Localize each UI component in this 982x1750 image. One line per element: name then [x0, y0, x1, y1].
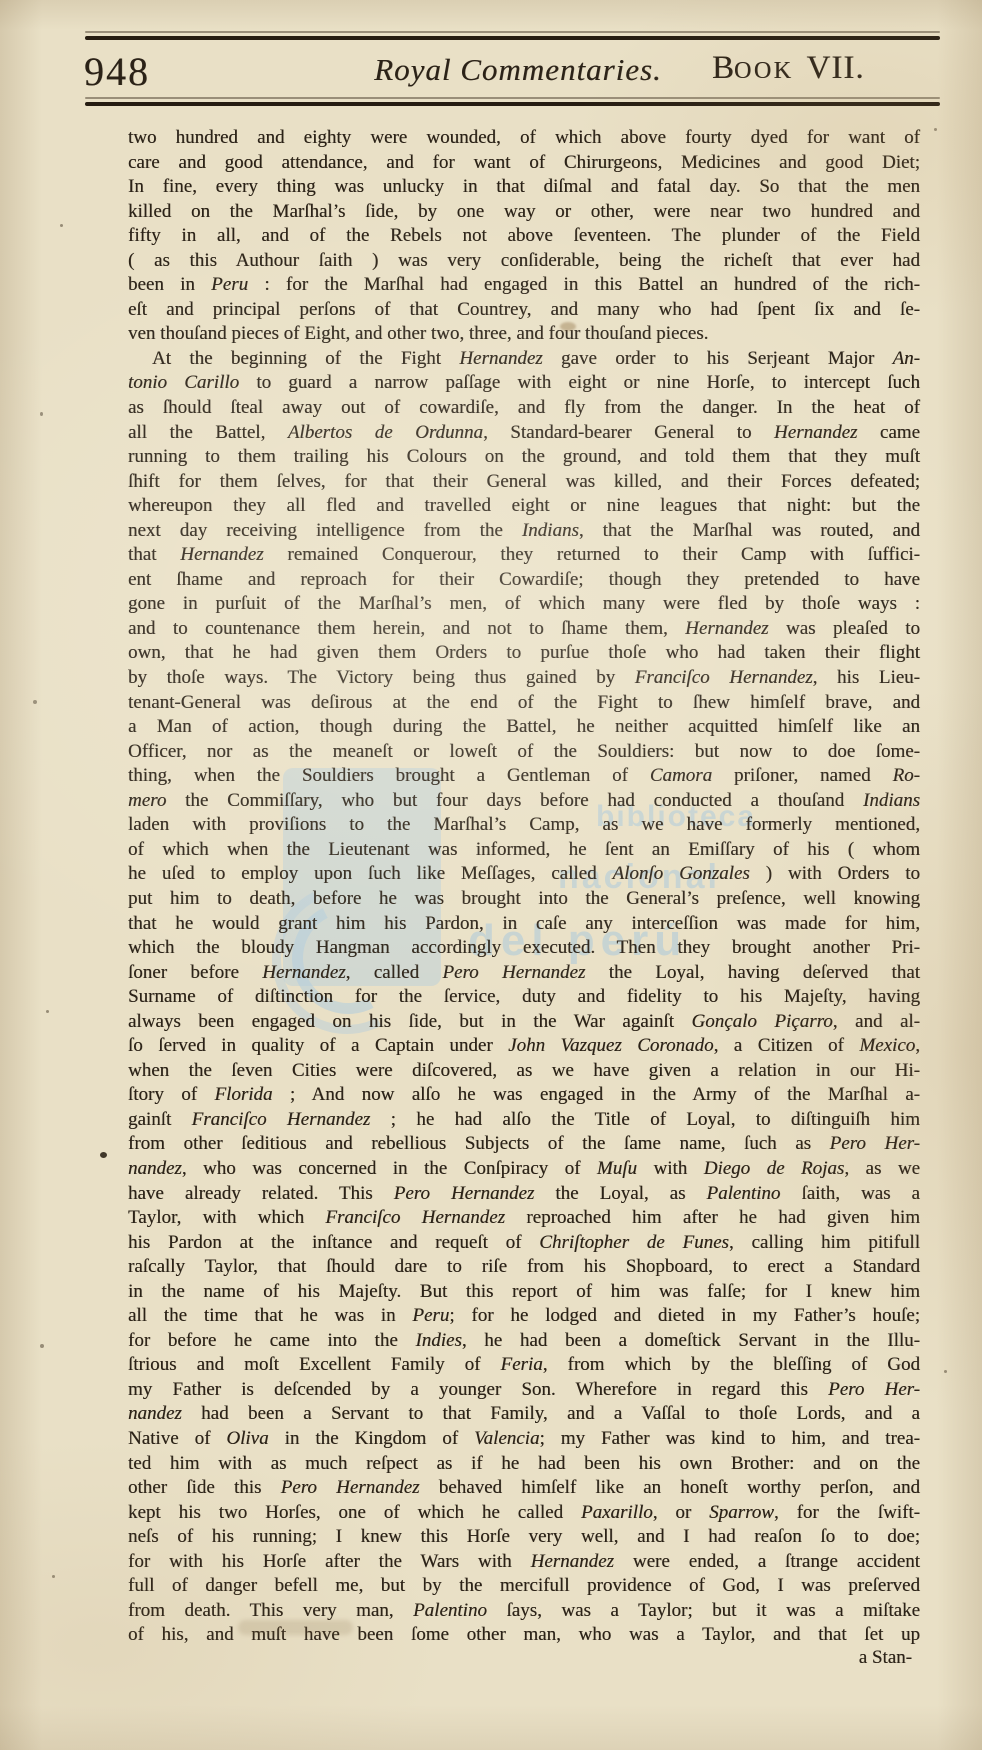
- proper-name-italic: John Vazquez Coronado: [508, 1035, 713, 1056]
- body-text-segment: full of danger befell me, but by the mer…: [128, 1575, 920, 1596]
- body-text-segment: , and al-: [833, 1011, 920, 1032]
- text-line: Surname of diſtinction for the ſervice, …: [128, 985, 920, 1010]
- text-line: nandez had been a Servant to that Family…: [128, 1402, 920, 1427]
- body-text-segment: care and good attendance, and for want o…: [128, 152, 920, 173]
- body-text-segment: ted him with as much reſpect as if he ha…: [128, 1453, 920, 1474]
- rule-thin-line: [85, 97, 940, 99]
- body-text-segment: , called: [346, 962, 443, 983]
- paper-speck: [40, 412, 43, 416]
- body-text-segment: ſtrious and moſt Excellent Family of: [128, 1354, 501, 1375]
- body-text-segment: laden with proviſions to the Marſhal’s C…: [128, 814, 920, 835]
- text-line: gone in purſuit of the Marſhal’s men, of…: [128, 592, 920, 617]
- text-line: nandez, who was concerned in the Conſpir…: [128, 1157, 920, 1182]
- text-line: my Father is deſcended by a younger Son.…: [128, 1378, 920, 1403]
- body-text-segment: , he had been a domeſtick Servant in the…: [462, 1330, 920, 1351]
- proper-name-italic: nandez: [128, 1158, 182, 1179]
- paper-speck: [60, 224, 63, 227]
- text-line: that Hernandez remained Conquerour, they…: [128, 543, 920, 568]
- rule-thin-line: [85, 31, 940, 33]
- text-line: tonio Carillo to guard a narrow paſſage …: [128, 371, 920, 396]
- body-text-segment: ) with Orders to: [750, 863, 920, 884]
- body-text-segment: In fine, every thing was unlucky in that…: [128, 176, 920, 197]
- text-line: ſtory of Florida ; And now alſo he was e…: [128, 1083, 920, 1108]
- proper-name-italic: Hernandez: [774, 422, 857, 443]
- text-line: Native of Oliva in the Kingdom of Valenc…: [128, 1427, 920, 1452]
- proper-name-italic: Hernandez: [180, 544, 263, 565]
- proper-name-italic: Franciſco Hernandez: [192, 1109, 371, 1130]
- body-text-segment: raſcally Taylor, that ſhould dare to riſ…: [128, 1256, 920, 1277]
- proper-name-italic: Franciſco Hernandez: [325, 1207, 505, 1228]
- text-line: ſoner before Hernandez, called Pero Hern…: [128, 961, 920, 986]
- body-text-segment: , his Lieu-: [813, 667, 920, 688]
- text-line: laden with proviſions to the Marſhal’s C…: [128, 813, 920, 838]
- catchword: a Stan-: [128, 1647, 912, 1669]
- body-text-segment: ſhift for them ſelves, for that their Ge…: [128, 471, 920, 492]
- body-text-segment: have already related. This: [128, 1183, 394, 1204]
- body-text-segment: At the beginning of the Fight: [152, 348, 459, 369]
- proper-name-italic: Pero Her-: [828, 1379, 920, 1400]
- body-text-segment: for with his Horſe after the Wars with: [128, 1551, 531, 1572]
- paper-stain: [560, 322, 576, 331]
- proper-name-italic: tonio Carillo: [128, 372, 239, 393]
- rule-thick-line: [85, 36, 940, 40]
- body-text-segment: he uſed to employ upon ſuch like Meſſage…: [128, 863, 613, 884]
- body-text-segment: , a Citizen of: [714, 1035, 860, 1056]
- body-text-segment: the Commiſſary, who but four days before…: [166, 790, 863, 811]
- text-line: Officer, nor as the meaneſt or loweſt of…: [128, 740, 920, 765]
- text-line: ( as this Authour ſaith ) was very conſi…: [128, 249, 920, 274]
- proper-name-italic: Palentino: [707, 1183, 781, 1204]
- text-line: care and good attendance, and for want o…: [128, 151, 920, 176]
- body-text-segment: by thoſe ways. The Victory being thus ga…: [128, 667, 635, 688]
- ink-blot: [100, 1152, 107, 1158]
- text-line: At the beginning of the Fight Hernandez …: [128, 347, 920, 372]
- text-line: gainſt Franciſco Hernandez ; he had alſo…: [128, 1108, 920, 1133]
- book-word-smallcaps: ook: [734, 58, 794, 84]
- body-text-segment: , calling him pitifull: [729, 1232, 920, 1253]
- proper-name-italic: Franciſco Hernandez: [635, 667, 813, 688]
- text-line: as ſhould ſteal away out of cowardiſe, a…: [128, 396, 920, 421]
- body-text-segment: been in: [128, 274, 211, 295]
- body-text-segment: own, that he had given them Orders to pu…: [128, 642, 920, 663]
- body-text-segment: always been engaged on his ſide, but in …: [128, 1011, 691, 1032]
- proper-name-italic: Camora: [650, 765, 712, 786]
- text-line: raſcally Taylor, that ſhould dare to riſ…: [128, 1255, 920, 1280]
- body-text-segment: behaved himſelf like an honeſt worthy pe…: [420, 1477, 920, 1498]
- body-text-segment: ent ſhame and reproach for their Cowardi…: [128, 569, 920, 590]
- text-line: that he would grant him his Pardon, in c…: [128, 912, 920, 937]
- body-text-segment: were ended, a ſtrange accident: [614, 1551, 920, 1572]
- text-line: neſs of his running; I knew this Horſe v…: [128, 1525, 920, 1550]
- proper-name-italic: Feria: [501, 1354, 543, 1375]
- proper-name-italic: mero: [128, 790, 166, 811]
- text-line: all the Battel, Albertos de Ordunna, Sta…: [128, 421, 920, 446]
- book-label: BookVII.: [712, 50, 865, 87]
- body-text-segment: priſoner, named: [712, 765, 892, 786]
- text-line: running to them trailing his Colours on …: [128, 445, 920, 470]
- proper-name-italic: Pero Hernandez: [281, 1477, 420, 1498]
- body-text-segment: came: [857, 422, 920, 443]
- body-text-segment: from death. This very man,: [128, 1600, 413, 1621]
- text-line: own, that he had given them Orders to pu…: [128, 641, 920, 666]
- body-text-segment: Taylor, with which: [128, 1207, 325, 1228]
- body-text-segment: ſaith, was a: [780, 1183, 920, 1204]
- text-line: two hundred and eighty were wounded, of …: [128, 126, 920, 151]
- text-line: tenant-General was deſirous at the end o…: [128, 691, 920, 716]
- body-text-segment: ſoner before: [128, 962, 262, 983]
- text-line: in the name of his Majeſty. But this rep…: [128, 1280, 920, 1305]
- body-text-segment: Officer, nor as the meaneſt or loweſt of…: [128, 741, 920, 762]
- proper-name-italic: Diego de Rojas: [704, 1158, 845, 1179]
- book-number: VII.: [807, 50, 865, 86]
- body-text-segment: ,: [915, 1035, 920, 1056]
- body-text-segment: , from which by the bleſſing of God: [543, 1354, 920, 1375]
- paper-speck: [944, 1370, 947, 1373]
- body-text-segment: which the bloudy Hangman accordingly exe…: [128, 937, 920, 958]
- body-text-segment: his Pardon at the inſtance and requeſt o…: [128, 1232, 539, 1253]
- body-text-segment: ; he had alſo the Title of Loyal, to diſ…: [370, 1109, 920, 1130]
- body-text-segment: two hundred and eighty were wounded, of …: [128, 127, 920, 148]
- body-text-segment: whereupon they all fled and travelled ei…: [128, 495, 920, 516]
- text-line: fifty in all, and of the Rebels not abov…: [128, 224, 920, 249]
- text-line: In fine, every thing was unlucky in that…: [128, 175, 920, 200]
- text-line: a Man of action, though during the Batte…: [128, 715, 920, 740]
- text-line: and to countenance them herein, and not …: [128, 617, 920, 642]
- proper-name-italic: Hernandez: [685, 618, 768, 639]
- body-text-segment: all the Battel,: [128, 422, 288, 443]
- proper-name-italic: Albertos de Ordunna: [288, 422, 483, 443]
- body-text-segment: as ſhould ſteal away out of cowardiſe, a…: [128, 397, 920, 418]
- scanned-book-page: { "page": { "number": "948", "running_ti…: [0, 0, 982, 1750]
- proper-name-italic: Florida: [214, 1084, 272, 1105]
- body-text-segment: ſo ſerved in quality of a Captain under: [128, 1035, 508, 1056]
- text-line: full of danger befell me, but by the mer…: [128, 1574, 920, 1599]
- body-text-segment: , as we: [844, 1158, 920, 1179]
- body-text: two hundred and eighty were wounded, of …: [128, 126, 920, 1648]
- proper-name-italic: Oliva: [226, 1428, 268, 1449]
- body-text-segment: the Loyal, as: [534, 1183, 706, 1204]
- body-text-segment: ſays, was a Taylor; but it was a miſtake: [487, 1600, 920, 1621]
- body-text-segment: , who was concerned in the Conſpiracy of: [182, 1158, 597, 1179]
- body-text-segment: fifty in all, and of the Rebels not abov…: [128, 225, 920, 246]
- body-text-segment: with: [637, 1158, 704, 1179]
- proper-name-italic: Valencia: [474, 1428, 539, 1449]
- body-text-segment: gave order to his Serjeant Major: [543, 348, 893, 369]
- text-line: ted him with as much reſpect as if he ha…: [128, 1452, 920, 1477]
- proper-name-italic: Pero Hernandez: [442, 962, 585, 983]
- body-text-segment: thing, when the Souldiers brought a Gent…: [128, 765, 650, 786]
- rule-thick-line: [85, 102, 940, 106]
- proper-name-italic: Mexico: [859, 1035, 915, 1056]
- proper-name-italic: Indies: [415, 1330, 461, 1351]
- body-text-segment: tenant-General was deſirous at the end o…: [128, 692, 920, 713]
- text-line: of which when the Lieutenant was informe…: [128, 838, 920, 863]
- proper-name-italic: Alonſo Gonzales: [613, 863, 750, 884]
- body-text-segment: in the Kingdom of: [269, 1428, 474, 1449]
- proper-name-italic: Pero Hernandez: [394, 1183, 535, 1204]
- top-rule: [85, 31, 940, 40]
- paper-speck: [40, 1344, 44, 1348]
- text-line: always been engaged on his ſide, but in …: [128, 1010, 920, 1035]
- body-text-segment: : for the Marſhal had engaged in this Ba…: [248, 274, 920, 295]
- body-text-segment: the Loyal, having deſerved that: [585, 962, 920, 983]
- text-line: when the ſeven Cities were diſcovered, a…: [128, 1059, 920, 1084]
- text-line: been in Peru : for the Marſhal had engag…: [128, 273, 920, 298]
- body-text-segment: kept his two Horſes, one of which he cal…: [128, 1502, 581, 1523]
- proper-name-italic: Gonçalo Piçarro: [691, 1011, 832, 1032]
- proper-name-italic: Peru: [211, 274, 248, 295]
- text-line: all the time that he was in Peru; for he…: [128, 1304, 920, 1329]
- body-text-segment: that: [128, 544, 180, 565]
- proper-name-italic: Hernandez: [531, 1551, 614, 1572]
- body-text-segment: in the name of his Majeſty. But this rep…: [128, 1281, 920, 1302]
- text-line: by thoſe ways. The Victory being thus ga…: [128, 666, 920, 691]
- body-text-segment: from other ſeditious and rebellious Subj…: [128, 1133, 830, 1154]
- body-text-segment: ; my Father was kind to him, and trea-: [540, 1428, 920, 1449]
- proper-name-italic: Hernandez: [262, 962, 345, 983]
- body-text-segment: ; for he lodged and dieted in my Father’…: [449, 1305, 920, 1326]
- header-rule: [85, 97, 940, 106]
- text-line: whereupon they all fled and travelled ei…: [128, 494, 920, 519]
- body-text-segment: when the ſeven Cities were diſcovered, a…: [128, 1060, 920, 1081]
- proper-name-italic: Sparrow: [709, 1502, 774, 1523]
- body-text-segment: eſt and principal perſons of that Countr…: [128, 299, 920, 320]
- body-text-segment: that he would grant him his Pardon, in c…: [128, 913, 920, 934]
- proper-name-italic: Indians: [522, 520, 579, 541]
- paper-speck: [46, 1010, 49, 1013]
- body-text-segment: , that the Marſhal was routed, and: [579, 520, 920, 541]
- text-line: Taylor, with which Franciſco Hernandez r…: [128, 1206, 920, 1231]
- proper-name-italic: Indians: [863, 790, 920, 811]
- body-text-segment: ven thouſand pieces of Eight, and other …: [128, 323, 708, 344]
- proper-name-italic: nandez: [128, 1403, 182, 1424]
- body-text-segment: , Standard-bearer General to: [483, 422, 774, 443]
- book-word-initial: B: [712, 50, 734, 86]
- text-line: put him to death, before he was brought …: [128, 887, 920, 912]
- body-text-segment: ( as this Authour ſaith ) was very conſi…: [128, 250, 920, 271]
- body-text-segment: had been a Servant to that Family, and a…: [182, 1403, 920, 1424]
- proper-name-italic: An-: [893, 348, 920, 369]
- body-text-segment: neſs of his running; I knew this Horſe v…: [128, 1526, 920, 1547]
- body-text-segment: gone in purſuit of the Marſhal’s men, of…: [128, 593, 920, 614]
- body-text-segment: a Man of action, though during the Batte…: [128, 716, 920, 737]
- text-line: killed on the Marſhal’s ſide, by one way…: [128, 200, 920, 225]
- body-text-segment: , or: [653, 1502, 709, 1523]
- text-line: eſt and principal perſons of that Countr…: [128, 298, 920, 323]
- body-text-segment: was pleaſed to: [769, 618, 920, 639]
- text-line: next day receiving intelligence from the…: [128, 519, 920, 544]
- text-line: which the bloudy Hangman accordingly exe…: [128, 936, 920, 961]
- paper-speck: [934, 128, 937, 131]
- body-text-segment: other ſide this: [128, 1477, 281, 1498]
- body-text-segment: all the time that he was in: [128, 1305, 412, 1326]
- text-line: ven thouſand pieces of Eight, and other …: [128, 322, 920, 347]
- text-line: ent ſhame and reproach for their Cowardi…: [128, 568, 920, 593]
- body-text-segment: , for the ſwift-: [774, 1502, 920, 1523]
- proper-name-italic: Palentino: [413, 1600, 487, 1621]
- bleed-through-ghost: [238, 1620, 353, 1635]
- text-line: ſtrious and moſt Excellent Family of Fer…: [128, 1353, 920, 1378]
- text-line: have already related. This Pero Hernande…: [128, 1182, 920, 1207]
- text-line: for with his Horſe after the Wars with H…: [128, 1550, 920, 1575]
- body-text-segment: of which when the Lieutenant was informe…: [128, 839, 920, 860]
- text-line: ſo ſerved in quality of a Captain under …: [128, 1034, 920, 1059]
- text-line: he uſed to employ upon ſuch like Meſſage…: [128, 862, 920, 887]
- body-text-segment: next day receiving intelligence from the: [128, 520, 522, 541]
- proper-name-italic: Ro-: [893, 765, 920, 786]
- proper-name-italic: Chriſtopher de Funes: [539, 1232, 729, 1253]
- body-text-segment: ſtory of: [128, 1084, 214, 1105]
- proper-name-italic: Pero Her-: [830, 1133, 920, 1154]
- body-text-segment: for before he came into the: [128, 1330, 415, 1351]
- body-text-segment: to guard a narrow paſſage with eight or …: [239, 372, 920, 393]
- body-text-segment: put him to death, before he was brought …: [128, 888, 920, 909]
- body-text-segment: remained Conquerour, they returned to th…: [264, 544, 920, 565]
- text-line: other ſide this Pero Hernandez behaved h…: [128, 1476, 920, 1501]
- text-line: ſhift for them ſelves, for that their Ge…: [128, 470, 920, 495]
- body-text-segment: reproached him after he had given him: [505, 1207, 920, 1228]
- proper-name-italic: Muſu: [597, 1158, 637, 1179]
- body-text-segment: killed on the Marſhal’s ſide, by one way…: [128, 201, 920, 222]
- text-line: from other ſeditious and rebellious Subj…: [128, 1132, 920, 1157]
- body-text-segment: running to them trailing his Colours on …: [128, 446, 920, 467]
- text-line: his Pardon at the inſtance and requeſt o…: [128, 1231, 920, 1256]
- proper-name-italic: Peru: [412, 1305, 449, 1326]
- body-text-segment: Surname of diſtinction for the ſervice, …: [128, 986, 920, 1007]
- body-text-segment: my Father is deſcended by a younger Son.…: [128, 1379, 828, 1400]
- paper-speck: [33, 700, 37, 704]
- body-text-segment: gainſt: [128, 1109, 192, 1130]
- text-line: thing, when the Souldiers brought a Gent…: [128, 764, 920, 789]
- paper-speck: [52, 1575, 55, 1578]
- text-line: mero the Commiſſary, who but four days b…: [128, 789, 920, 814]
- proper-name-italic: Hernandez: [459, 348, 542, 369]
- body-text-segment: and to countenance them herein, and not …: [128, 618, 685, 639]
- proper-name-italic: Paxarillo: [581, 1502, 653, 1523]
- text-line: for before he came into the Indies, he h…: [128, 1329, 920, 1354]
- text-line: kept his two Horſes, one of which he cal…: [128, 1501, 920, 1526]
- body-text-segment: Native of: [128, 1428, 226, 1449]
- body-text-segment: ; And now alſo he was engaged in the Arm…: [273, 1084, 920, 1105]
